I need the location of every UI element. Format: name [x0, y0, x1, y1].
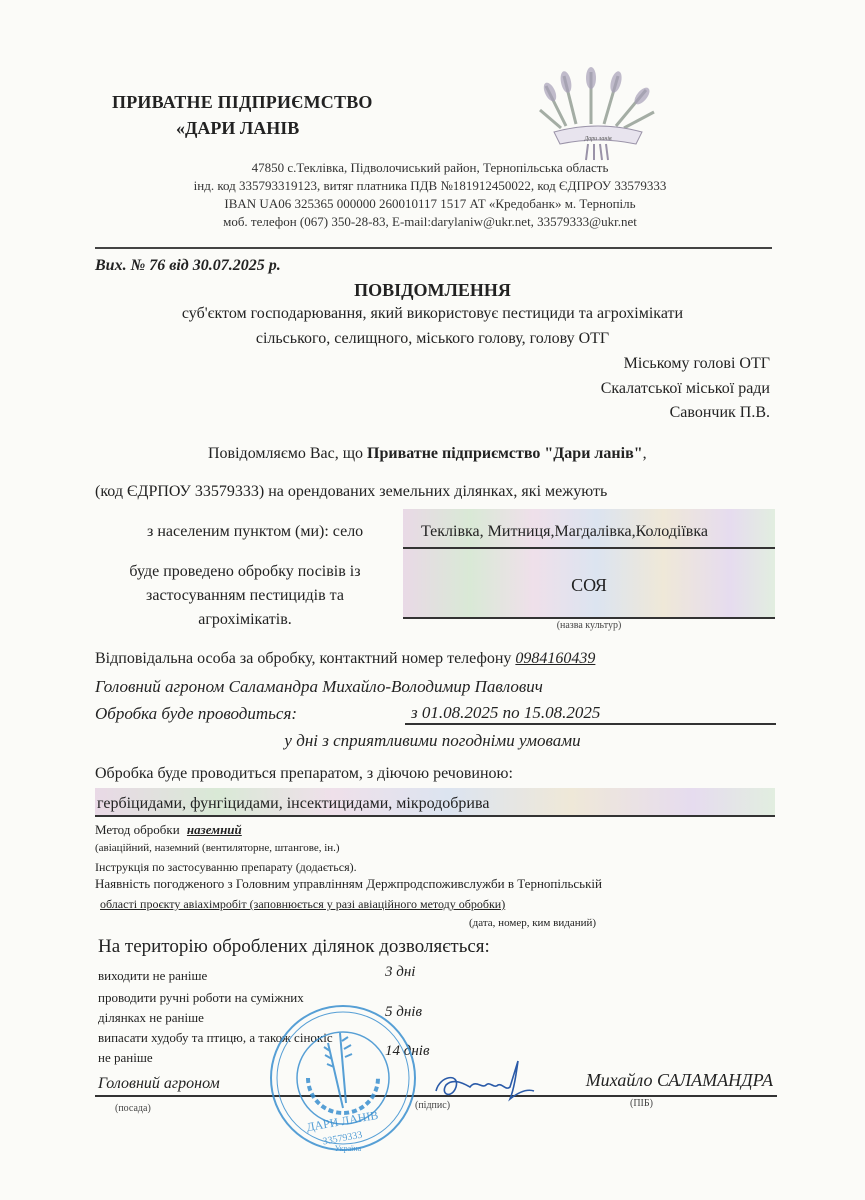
wheat-bouquet-icon: Дари ланів [536, 66, 660, 162]
requisites-address: 47850 с.Теклівка, Підволочиський район, … [180, 160, 680, 176]
intro-line2: (код ЄДРПОУ 33579333) на орендованих зем… [95, 483, 607, 501]
signatory-position: Головний агроном [98, 1075, 220, 1093]
outgoing-number: Вих. № 76 від 30.07.2025 р. [95, 257, 281, 275]
period-value: з 01.08.2025 по 15.08.2025 [411, 703, 600, 723]
permission-3-label-line2: не раніше [98, 1050, 153, 1066]
signatory-name: Михайло САЛАМАНДРА [586, 1070, 773, 1091]
intro-company: Приватне підприємство "Дари ланів" [367, 445, 643, 462]
permission-2-label-line2: ділянках не раніше [98, 1010, 204, 1026]
company-name-line2: «ДАРИ ЛАНІВ [176, 118, 299, 139]
intro-prefix: Повідомляємо Вас, що [208, 445, 367, 462]
crop-label-line2: застосуванням пестицидів та [95, 587, 395, 605]
method-instruction: Інструкція по застосуванню препарату (до… [95, 860, 357, 875]
approval-line1: Наявність погодженого з Головним управлі… [95, 876, 602, 892]
intro-line1: Повідомляємо Вас, що Приватне підприємст… [208, 445, 647, 463]
permissions-heading: На територію оброблених ділянок дозволяє… [98, 936, 490, 958]
company-stamp: ДАРИ ЛАНІВ 33579333 Україна [268, 1003, 418, 1153]
approval-caption: (дата, номер, ким виданий) [469, 917, 596, 929]
responsible-phone: 0984160439 [515, 650, 595, 667]
round-stamp-icon: ДАРИ ЛАНІВ 33579333 Україна [268, 1003, 418, 1153]
signature-scribble-icon [430, 1055, 540, 1105]
crop-label-line1: буде проведено обробку посівів із [95, 563, 395, 581]
substance-underline [95, 815, 775, 817]
requisites-contacts: моб. телефон (067) 350-28-83, E-mail:dar… [180, 214, 680, 230]
period-condition: у дні з сприятливими погодніми умовами [0, 731, 865, 751]
caption-name: (ПІБ) [630, 1098, 653, 1109]
company-logo: Дари ланів [536, 66, 660, 162]
stamp-country: Україна [335, 1144, 362, 1153]
permission-1-value: 3 дні [385, 964, 415, 981]
period-label: Обробка буде проводиться: [95, 704, 297, 724]
caption-position: (посада) [115, 1103, 151, 1114]
addressee-line1: Міському голові ОТГ [624, 355, 770, 373]
method-value: наземний [187, 822, 242, 837]
substance-value: гербіцидами, фунгіцидами, інсектицидами,… [97, 795, 489, 813]
responsible-line: Відповідальна особа за обробку, контактн… [95, 650, 595, 668]
settlement-underline [403, 547, 775, 549]
responsible-person: Головний агроном Саламандра Михайло-Воло… [95, 677, 543, 697]
company-name-line1: ПРИВАТНЕ ПІДПРИЄМСТВО [112, 92, 373, 113]
period-underline [405, 723, 776, 725]
settlement-value: Теклівка, Митниця,Магдалівка,Колодіївка [421, 523, 708, 541]
settlement-label: з населеним пунктом (ми): село [147, 523, 363, 541]
responsible-label: Відповідальна особа за обробку, контактн… [95, 650, 515, 667]
method-line: Метод обробки наземний [95, 822, 242, 838]
substance-label: Обробка буде проводиться препаратом, з д… [95, 765, 513, 783]
crop-label-line3: агрохімікатів. [95, 611, 395, 629]
subtitle-line2: сільського, селищного, міського голову, … [0, 330, 865, 348]
method-hint: (авіаційний, наземний (вентиляторне, шта… [95, 842, 340, 854]
handwritten-signature [430, 1055, 540, 1105]
crop-caption: (назва культур) [403, 620, 775, 631]
requisites-codes: інд. код 335793319123, витяг платника ПД… [180, 178, 680, 194]
crop-value: СОЯ [403, 575, 775, 596]
method-label: Метод обробки [95, 822, 183, 837]
requisites-iban: IBAN UA06 325365 000000 260010117 1517 А… [180, 196, 680, 212]
subtitle-line1: суб'єктом господарювання, який використо… [0, 305, 865, 323]
stamp-center-text: ДАРИ ЛАНІВ [305, 1108, 379, 1134]
logo-caption: Дари ланів [583, 136, 612, 142]
addressee-line2: Скалатської міської ради [601, 380, 770, 398]
header-divider [95, 247, 772, 249]
intro-suffix: , [643, 445, 647, 462]
approval-line2: області проєкту авіахімробіт (заповнюєть… [100, 897, 505, 912]
crop-underline [403, 617, 775, 619]
document-title: ПОВІДОМЛЕННЯ [0, 280, 865, 301]
addressee-line3: Савончик П.В. [670, 404, 770, 422]
permission-1-label: виходити не раніше [98, 968, 207, 984]
